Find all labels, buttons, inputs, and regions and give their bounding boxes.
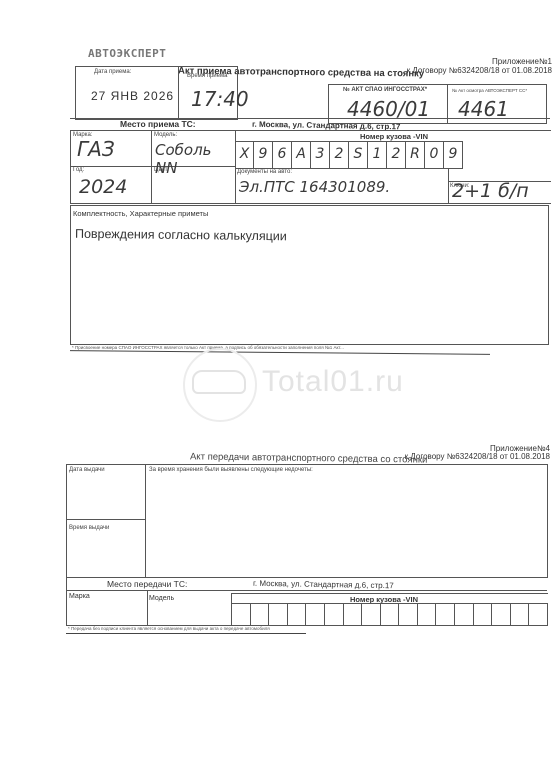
- brand-value: ГАЗ: [77, 137, 115, 161]
- vin-header: Номер кузова -VIN: [235, 131, 551, 141]
- vin-char-cell: [436, 604, 455, 626]
- release-model-cell: Модель: [147, 591, 231, 625]
- brand-cell: Марка: ГАЗ: [71, 131, 152, 167]
- features-box: Комплектность, Характерные приметы Повре…: [70, 205, 549, 345]
- features-value: Повреждения согласно калькуляции: [75, 227, 287, 244]
- place-label: Место приема ТС:: [120, 119, 196, 129]
- date-time-column: Дата выдачи Время выдачи: [67, 465, 146, 578]
- vin-char-cell: [418, 604, 437, 626]
- date-time-divider: [67, 519, 145, 520]
- vin-char-cell: [381, 604, 400, 626]
- release-vin-grid: [231, 603, 548, 626]
- vin-char-cell: S: [349, 142, 368, 168]
- color-cell: Цвет:: [151, 166, 236, 203]
- year-cell: Год: 2024: [71, 166, 152, 203]
- vin-char-cell: [251, 604, 270, 626]
- vin-char-cell: [492, 604, 511, 626]
- time-box: Время приема 17:40: [177, 66, 238, 120]
- vin-char-cell: 2: [387, 142, 406, 168]
- keys-cell: Ключи: 2+1 б/п: [448, 181, 551, 204]
- vin-char-cell: [288, 604, 307, 626]
- date-stamp: 27 ЯНВ 2026: [91, 89, 174, 103]
- vin-char-cell: [362, 604, 381, 626]
- release-place-value: г. Москва, ул. Стандартная д.6, стр.17: [253, 579, 394, 590]
- release-vehicle-table: Марка Модель Номер кузова -VIN: [66, 590, 547, 626]
- vin-char-cell: 9: [254, 142, 273, 168]
- release-date-label: Дата выдачи: [69, 467, 105, 473]
- date-box: Дата приема: 27 ЯНВ 2026: [75, 66, 179, 120]
- release-box: Дата выдачи Время выдачи За время хранен…: [66, 464, 548, 578]
- year-label: Год:: [73, 167, 84, 173]
- vin-char-cell: A: [292, 142, 311, 168]
- vin-char-cell: 0: [425, 142, 444, 168]
- color-label: Цвет:: [154, 167, 169, 173]
- vin-grid: X96A32S12R09: [235, 141, 463, 169]
- model-cell: Модель: Соболь NN: [151, 131, 236, 167]
- annex-number: Приложение№1: [380, 57, 552, 66]
- time-label: Время приема: [187, 73, 227, 79]
- vin-char-cell: 3: [311, 142, 330, 168]
- model-label: Модель:: [154, 132, 177, 138]
- watermark-text: Total01.ru: [262, 365, 404, 399]
- vin-char-cell: X: [235, 142, 254, 168]
- year-value: 2024: [79, 176, 127, 198]
- act2-footnote: * Передача без подписи клиента является …: [68, 626, 308, 631]
- vin-char-cell: [232, 604, 251, 626]
- vin-char-cell: 1: [368, 142, 387, 168]
- release-brand-cell: Марка: [67, 591, 148, 625]
- storage-notes-label: За время хранения были выявлены следующи…: [149, 467, 313, 473]
- vin-char-cell: [306, 604, 325, 626]
- vin-char-cell: [399, 604, 418, 626]
- docs-cell: Документы на авто: Эл.ПТС 164301089.: [235, 168, 449, 203]
- company-logo: АВТОЭКСПЕРТ: [88, 47, 166, 60]
- vin-char-cell: [269, 604, 288, 626]
- vin-label: Номер кузова -VIN: [360, 132, 428, 141]
- act2-bottom-line: [66, 633, 306, 634]
- time-value: 17:40: [191, 87, 249, 111]
- release-brand-label: Марка: [69, 593, 90, 600]
- docs-label: Документы на авто:: [237, 169, 292, 175]
- car-icon: [192, 370, 246, 394]
- keys-value: 2+1 б/п: [452, 180, 529, 202]
- act1-bottom-line: [70, 350, 490, 355]
- vin-char-cell: [529, 604, 548, 626]
- vin-char-cell: 2: [330, 142, 349, 168]
- vehicle-table: Марка: ГАЗ Модель: Соболь NN Номер кузов…: [70, 130, 551, 204]
- features-label: Комплектность, Характерные приметы: [73, 209, 208, 218]
- vin-char-cell: R: [406, 142, 425, 168]
- date-label: Дата приема:: [94, 69, 131, 75]
- act-number-label: № АКТ СПАО ИНГОССТРАХ*: [343, 87, 427, 93]
- release-place-row: Место передачи ТС: г. Москва, ул. Станда…: [66, 577, 547, 590]
- release-time-label: Время выдачи: [69, 525, 109, 531]
- vin-char-cell: [511, 604, 530, 626]
- release-model-label: Модель: [149, 595, 174, 602]
- vin-char-cell: 9: [444, 142, 463, 168]
- docs-value: Эл.ПТС 164301089.: [239, 178, 390, 196]
- inspection-number-label: № Акт осмотра АВТОЭКСПЕРТ СС*: [452, 88, 527, 93]
- release-place-label: Место передачи ТС:: [107, 579, 187, 589]
- vin-char-cell: [344, 604, 363, 626]
- vin-char-cell: [474, 604, 493, 626]
- vin-char-cell: [455, 604, 474, 626]
- vin-char-cell: 6: [273, 142, 292, 168]
- act1-footnote: * Присвоение номера СПАО ИНГОССТРАХ явля…: [72, 345, 512, 350]
- vin-char-cell: [325, 604, 344, 626]
